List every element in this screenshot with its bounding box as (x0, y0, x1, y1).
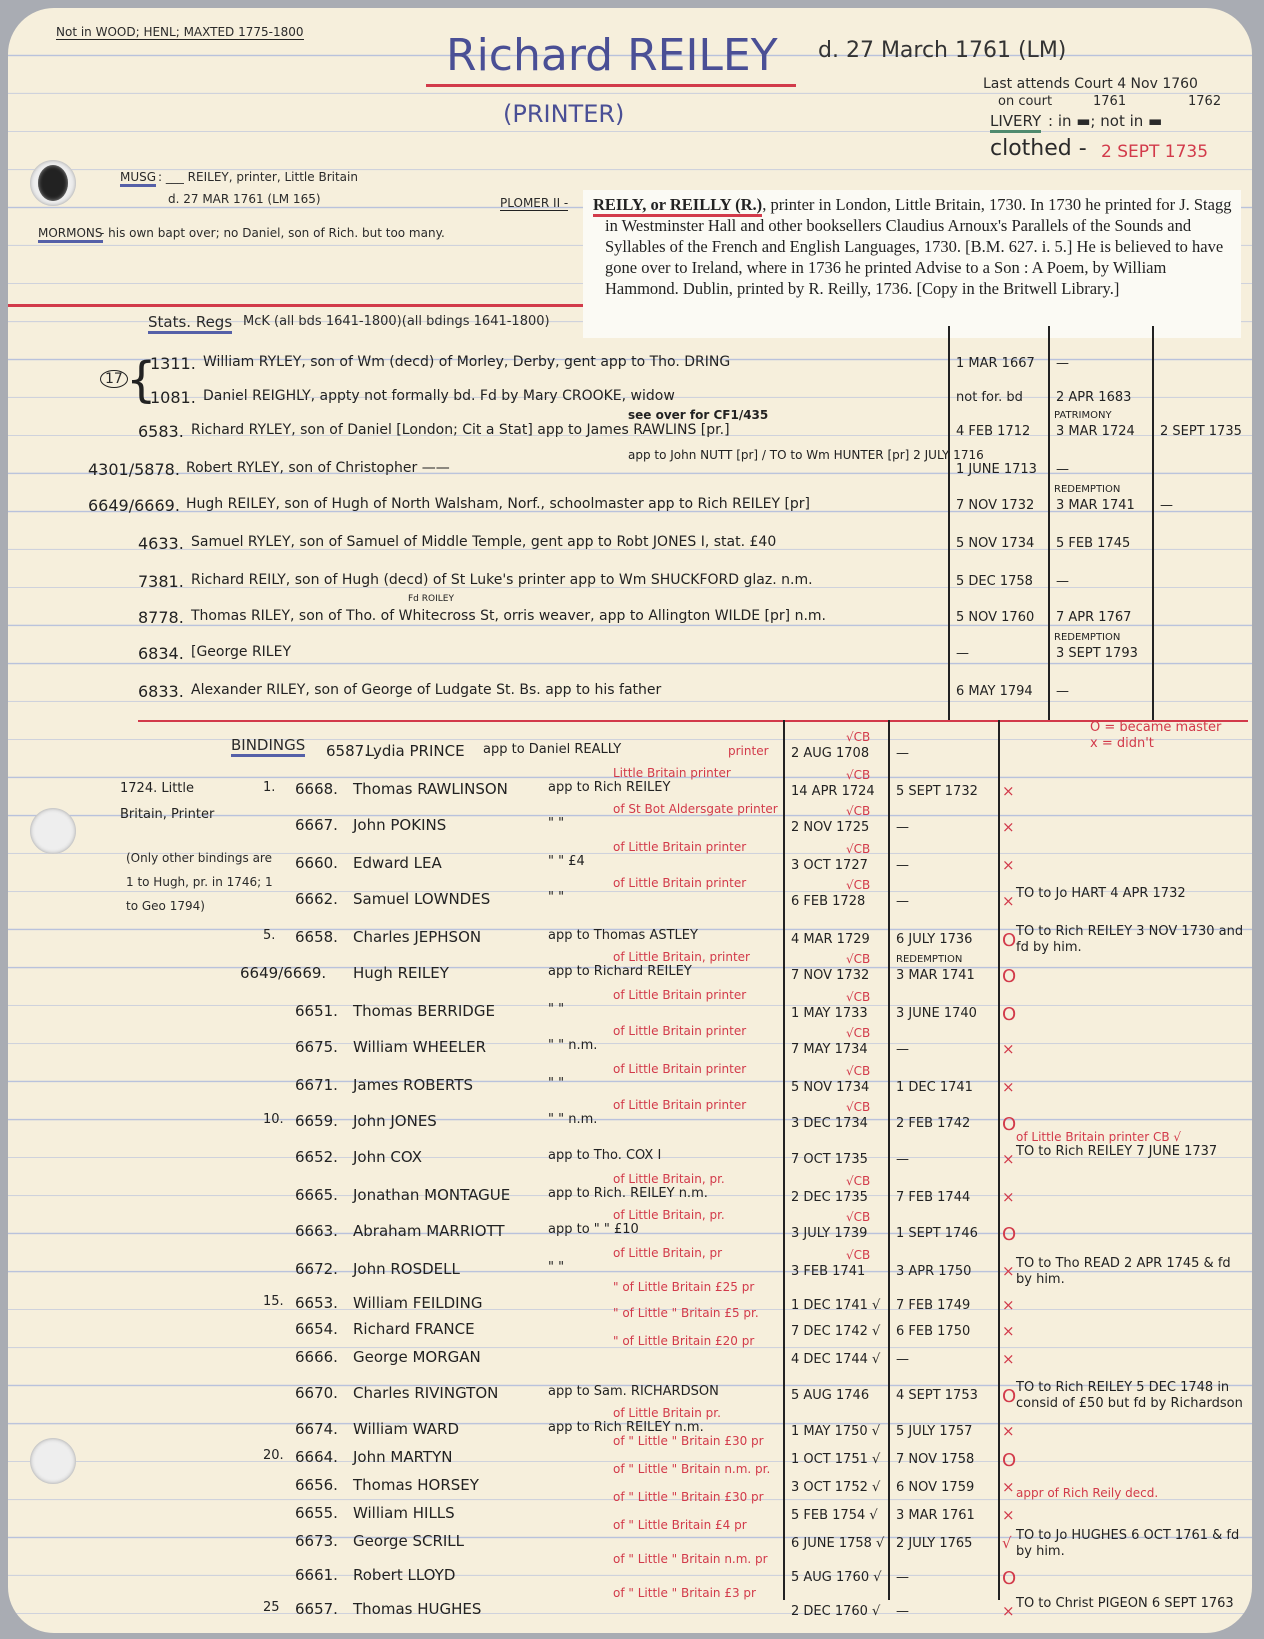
bound-date: 2 AUG 1708 (791, 746, 869, 761)
bound-date: 7 OCT 1735 (791, 1152, 868, 1167)
binding-number: 6661. (295, 1566, 338, 1584)
status-mark: O (1002, 966, 1016, 987)
bound-date: 6 FEB 1728 (791, 894, 865, 909)
bound-date: 1 MAR 1667 (956, 356, 1035, 371)
freed-date: — (1056, 356, 1069, 371)
apprentice-name: Thomas HUGHES (353, 1600, 481, 1618)
entry-note: app to John NUTT [pr] / TO to Wm HUNTER … (628, 448, 984, 462)
binding-count: 25 (263, 1600, 280, 1615)
binding-number: 6651. (295, 1002, 338, 1020)
red-annotation: of " Little " Britain n.m. pr. (613, 1462, 770, 1476)
freed-date: — (896, 820, 909, 835)
status-mark: O (1002, 1386, 1016, 1407)
red-annotation: of Little Britain, pr. (613, 1208, 725, 1222)
status-mark: O (1002, 1568, 1016, 1589)
on-court-year-1: 1761 (1093, 94, 1126, 109)
apprentice-name: John MARTYN (353, 1448, 452, 1466)
binding-number: 6668. (295, 780, 338, 798)
binding-number: 6667. (295, 816, 338, 834)
entry-text: Daniel REIGHLY, appty not formally bd. F… (203, 388, 675, 404)
bound-date: 1 MAY 1733 (791, 1006, 868, 1021)
binding-number: 6663. (295, 1222, 338, 1240)
entry-text: Thomas RILEY, son of Tho. of Whitecross … (191, 608, 826, 624)
binding-number: 6673. (295, 1532, 338, 1550)
status-mark: O (1002, 1450, 1016, 1471)
freed-date: 6 FEB 1750 (896, 1324, 970, 1339)
binding-number: 6665. (295, 1186, 338, 1204)
musg-death: d. 27 MAR 1761 (LM 165) (168, 192, 321, 206)
red-annotation: of " Little " Britain £3 pr (613, 1586, 756, 1600)
binding-number: 6653. (295, 1294, 338, 1312)
plomer-clipping: REILY, or REILLY (R.), printer in London… (583, 190, 1241, 338)
freed-date: 1 SEPT 1746 (896, 1226, 978, 1241)
master-text: app to " " £10 (548, 1222, 639, 1237)
freed-date: 2 JULY 1765 (896, 1536, 972, 1551)
apprentice-name: James ROBERTS (353, 1076, 473, 1094)
bound-date: 1 MAY 1750 √ (791, 1424, 880, 1439)
status-mark: × (1002, 1188, 1015, 1206)
red-annotation: " of Little Britain £20 pr (613, 1334, 754, 1348)
see-over-note: see over for CF1/435 (628, 408, 768, 422)
entry-above-note: Fd ROILEY (408, 594, 454, 604)
master-text: app to Rich REILEY n.m. (548, 1420, 704, 1435)
red-annotation: of " Little " Britain £30 pr (613, 1490, 764, 1504)
entry-text: Richard RYLEY, son of Daniel [London; Ci… (191, 422, 730, 438)
binding-number: 6670. (295, 1384, 338, 1402)
freed-note: REDEMPTION (1054, 484, 1120, 495)
transfer-note: TO to Tho READ 2 APR 1745 & fd by him. (1016, 1256, 1246, 1288)
master-text: " " £4 (548, 854, 585, 869)
binding-number: 6664. (295, 1448, 338, 1466)
transfer-note: TO to Jo HART 4 APR 1732 (1016, 886, 1246, 902)
cb-check: √CB (846, 1174, 870, 1188)
red-annotation: of Little Britain printer (613, 1062, 746, 1076)
apprentice-name: George MORGAN (353, 1348, 481, 1366)
section-divider-2 (138, 720, 1248, 722)
entry-number: 8778. (138, 608, 184, 627)
bound-date: 3 FEB 1741 (791, 1264, 865, 1279)
freed-date: — (1056, 462, 1069, 477)
freed-date: 2 APR 1683 (1056, 390, 1131, 405)
red-annotation: of Little Britain, pr (613, 1246, 722, 1260)
musg-label: MUSG (120, 170, 156, 187)
binding-row: 256657.Thomas HUGHESof " Little " Britai… (8, 1594, 1252, 1631)
master-text: " " n.m. (548, 1112, 597, 1127)
bound-date: 5 DEC 1758 (956, 574, 1033, 589)
freed-date: — (1056, 574, 1069, 589)
red-annotation: of St Bot Aldersgate printer (613, 802, 778, 816)
red-annotation: " of Little Britain £25 pr (613, 1280, 754, 1294)
status-mark: × (1002, 1506, 1015, 1524)
status-mark: × (1002, 1422, 1015, 1440)
red-annotation: of Little Britain, pr. (613, 1172, 725, 1186)
binding-number: 6666. (295, 1348, 338, 1366)
red-annotation: of Little Britain printer (613, 1024, 746, 1038)
status-mark: × (1002, 1150, 1015, 1168)
red-annotation: Little Britain printer (613, 766, 731, 780)
status-mark: O (1002, 930, 1016, 951)
binding-number: 6659. (295, 1112, 338, 1130)
status-mark: × (1002, 1078, 1015, 1096)
entry-text: Robert RYLEY, son of Christopher —— (186, 460, 450, 476)
bound-date: 6 MAY 1794 (956, 684, 1033, 699)
transfer-red-note: appr of Rich Reily decd. (1016, 1486, 1158, 1500)
entry-number: 4301/5878. (88, 460, 180, 479)
bound-date: 5 AUG 1760 √ (791, 1570, 882, 1585)
master-text: " " (548, 1002, 564, 1017)
entry-text: Alexander RILEY, son of George of Ludgat… (191, 682, 661, 698)
cb-check: √CB (846, 952, 870, 966)
death-date: d. 27 March 1761 (LM) (818, 38, 1066, 63)
on-court-year-2: 1762 (1188, 94, 1221, 109)
transfer-note: TO to Rich REILEY 7 JUNE 1737 (1016, 1144, 1246, 1160)
cb-check: √CB (846, 1210, 870, 1224)
bound-date: 1 OCT 1751 √ (791, 1452, 880, 1467)
apprentice-name: Samuel LOWNDES (353, 890, 490, 908)
binding-number: 6655. (295, 1504, 338, 1522)
apprentice-name: Hugh REILEY (353, 964, 449, 982)
red-annotation: of Little Britain printer (613, 840, 746, 854)
master-text: app to Rich REILEY (548, 780, 670, 795)
status-mark: O (1002, 1114, 1016, 1135)
musg-text: : ___ REILEY, printer, Little Britain (158, 170, 358, 184)
entry-text: [George RILEY (191, 644, 291, 660)
freed-date: — (896, 1604, 909, 1619)
master-text: app to Thomas ASTLEY (548, 928, 698, 943)
bound-date: 14 APR 1724 (791, 784, 875, 799)
freed-date: 6 JULY 1736 (896, 932, 972, 947)
plomer-label: PLOMER II - (500, 196, 568, 211)
cb-check: √CB (846, 730, 870, 744)
freed-date: 3 MAR 1724 (1056, 424, 1135, 439)
apprentice-name: William WHEELER (353, 1038, 486, 1056)
binding-number: 6657. (295, 1600, 338, 1618)
freed-date: 1 DEC 1741 (896, 1080, 973, 1095)
apprentice-name: Charles RIVINGTON (353, 1384, 498, 1402)
status-mark: × (1002, 856, 1015, 874)
freed-date: 2 FEB 1742 (896, 1116, 970, 1131)
freed-note: REDEMPTION (896, 954, 962, 965)
entry-number: 6833. (138, 682, 184, 701)
apprentice-name: Edward LEA (353, 854, 442, 872)
status-mark: × (1002, 892, 1015, 910)
freed-date: 3 JUNE 1740 (896, 1006, 977, 1021)
entry-text: Richard REILY, son of Hugh (decd) of St … (191, 572, 813, 588)
apprentice-name: Charles JEPHSON (353, 928, 481, 946)
livery-label: LIVERY (990, 112, 1041, 133)
apprentice-name: William HILLS (353, 1504, 455, 1522)
cb-check: √CB (846, 878, 870, 892)
freed-date: 4 SEPT 1753 (896, 1388, 978, 1403)
transfer-red-note: of Little Britain printer CB √ (1016, 1130, 1181, 1144)
freed-date: — (896, 894, 909, 909)
binding-number: 6654. (295, 1320, 338, 1338)
apprentice-name: Thomas RAWLINSON (353, 780, 508, 798)
bound-date: 6 JUNE 1758 √ (791, 1536, 884, 1551)
status-mark: × (1002, 1296, 1015, 1314)
stats-row: 4633.Samuel RYLEY, son of Samuel of Midd… (8, 530, 1252, 567)
freed-note: PATRIMONY (1054, 410, 1112, 421)
on-court-label: on court (998, 94, 1052, 109)
binding-number: 6675. (295, 1038, 338, 1056)
stats-row: 6834.[George RILEY—REDEMPTION3 SEPT 1793 (8, 640, 1252, 677)
apprentice-name: John ROSDELL (353, 1260, 460, 1278)
apprentice-name: Lydia PRINCE (366, 742, 465, 760)
binding-number: 6674. (295, 1420, 338, 1438)
master-text: " " n.m. (548, 1038, 597, 1053)
bound-date: 3 OCT 1727 (791, 858, 868, 873)
entry-number: 6583. (138, 422, 184, 441)
cb-check: √CB (846, 842, 870, 856)
status-mark: × (1002, 818, 1015, 836)
freed-date: — (896, 746, 909, 761)
freed-date: 3 APR 1750 (896, 1264, 971, 1279)
bound-date: 2 NOV 1725 (791, 820, 869, 835)
status-mark: × (1002, 1262, 1015, 1280)
bound-date: 7 DEC 1742 √ (791, 1324, 880, 1339)
stats-regs-text: McK (all bds 1641-1800)(all bdings 1641-… (243, 314, 550, 329)
freed-date: — (896, 1152, 909, 1167)
apprentice-name: John COX (353, 1148, 422, 1166)
apprentice-name: William FEILDING (353, 1294, 482, 1312)
apprentice-name: John POKINS (353, 816, 446, 834)
apprentice-name: John JONES (353, 1112, 437, 1130)
bound-date: 4 DEC 1744 √ (791, 1352, 880, 1367)
freed-date: 5 JULY 1757 (896, 1424, 972, 1439)
livery-text: : in ▬; not in ▬ (1048, 112, 1162, 130)
status-mark: × (1002, 1350, 1015, 1368)
transfer-note: TO to Rich REILEY 3 NOV 1730 and fd by h… (1016, 924, 1246, 956)
freed-date: — (1056, 684, 1069, 699)
red-annotation: of " Little Britain £4 pr (613, 1518, 747, 1532)
master-text: app to Tho. COX I (548, 1148, 661, 1163)
master-text: " " (548, 1260, 564, 1275)
stats-regs-label: Stats. Regs (148, 313, 232, 334)
apprentice-name: Richard FRANCE (353, 1320, 475, 1338)
binding-number: 6660. (295, 854, 338, 872)
bound-date: 4 MAR 1729 (791, 932, 870, 947)
entry-text: William RYLEY, son of Wm (decd) of Morle… (203, 354, 730, 370)
binding-number: 6662. (295, 890, 338, 908)
bound-date: 1 JUNE 1713 (956, 462, 1037, 477)
apprentice-name: Thomas BERRIDGE (353, 1002, 495, 1020)
status-mark: × (1002, 1478, 1015, 1496)
freed-date: 5 SEPT 1732 (896, 784, 978, 799)
apprentice-name: William WARD (353, 1420, 459, 1438)
master-text: app to Daniel REALLY (483, 742, 621, 757)
freed-date: 7 FEB 1749 (896, 1298, 970, 1313)
binding-count: 1. (263, 780, 275, 795)
entry-number: 7381. (138, 572, 184, 591)
cb-check: √CB (846, 990, 870, 1004)
red-annotation: of Little Britain pr. (613, 1406, 721, 1420)
bound-date: 7 NOV 1732 (956, 498, 1034, 513)
binding-count: 10. (263, 1112, 284, 1127)
status-mark: × (1002, 782, 1015, 800)
cb-check: √CB (846, 1026, 870, 1040)
title-underline (426, 84, 796, 87)
stats-row: 7381.Richard REILY, son of Hugh (decd) o… (8, 568, 1252, 605)
bound-date: 2 DEC 1735 (791, 1190, 868, 1205)
apprentice-name: George SCRILL (353, 1532, 464, 1550)
binding-row: 6666.George MORGAN" of Little Britain £2… (8, 1342, 1252, 1379)
clothed-label: clothed - (990, 136, 1087, 161)
trade-label: (PRINTER) (503, 100, 624, 128)
legend-circle: O = became master (1090, 720, 1221, 735)
binding-number: 6649/6669. (240, 964, 326, 982)
freed-note: REDEMPTION (1054, 632, 1120, 643)
mormons-text: - his own bapt over; no Daniel, son of R… (100, 226, 445, 240)
binding-row: 6662.Samuel LOWNDES" "of Little Britain … (8, 884, 1252, 921)
binding-number: 6671. (295, 1076, 338, 1094)
plomer-heading: REILY, or REILLY (R.) (593, 195, 762, 217)
entry-number: 6649/6669. (88, 496, 180, 515)
master-text: app to Rich. REILEY n.m. (548, 1186, 708, 1201)
stats-row: 6833.Alexander RILEY, son of George of L… (8, 678, 1252, 715)
binding-count: 5. (263, 928, 275, 943)
bound-date: 3 OCT 1752 √ (791, 1480, 880, 1495)
transfer-note: TO to Rich REILEY 5 DEC 1748 in consid o… (1016, 1380, 1246, 1412)
binding-number: 6652. (295, 1148, 338, 1166)
apprentice-name: Jonathan MONTAGUE (353, 1186, 510, 1204)
freed-date: — (896, 858, 909, 873)
master-text: " " (548, 890, 564, 905)
red-annotation: of Little Britain printer (613, 876, 746, 890)
cb-check: √CB (846, 768, 870, 782)
bound-date: 5 NOV 1734 (791, 1080, 869, 1095)
freed-date: 6 NOV 1759 (896, 1480, 974, 1495)
entry-number: 1311. (150, 354, 196, 373)
clothed-date: 2 SEPT 1735 (1101, 142, 1208, 162)
bound-date: 7 NOV 1732 (791, 968, 869, 983)
cb-check: √CB (846, 1100, 870, 1114)
master-text: " " (548, 816, 564, 831)
extra-date: 2 SEPT 1735 (1160, 424, 1242, 439)
punch-hole-dark (38, 165, 68, 201)
apprentice-name: Abraham MARRIOTT (353, 1222, 505, 1240)
freed-date: 7 FEB 1744 (896, 1190, 970, 1205)
apprentice-name: Robert LLOYD (353, 1566, 455, 1584)
binding-count: 20. (263, 1448, 284, 1463)
red-annotation: of Little Britain, printer (613, 950, 750, 964)
bound-date: 5 FEB 1754 √ (791, 1508, 878, 1523)
status-mark: × (1002, 1040, 1015, 1058)
status-mark: × (1002, 1322, 1015, 1340)
entry-number: 4633. (138, 534, 184, 553)
freed-date: 3 MAR 1741 (1056, 498, 1135, 513)
last-attends: Last attends Court 4 Nov 1760 (983, 76, 1198, 92)
red-annotation: of " Little " Britain n.m. pr (613, 1552, 768, 1566)
bound-date: 3 DEC 1734 (791, 1116, 868, 1131)
bound-date: 5 AUG 1746 (791, 1388, 869, 1403)
freed-date: 3 SEPT 1793 (1056, 646, 1138, 661)
bound-date: 3 JULY 1739 (791, 1226, 867, 1241)
binding-number: 6672. (295, 1260, 338, 1278)
bound-date: 1 DEC 1741 √ (791, 1298, 880, 1313)
entry-text: Samuel RYLEY, son of Samuel of Middle Te… (191, 534, 776, 550)
top-note: Not in WOOD; HENL; MAXTED 1775-1800 (56, 25, 304, 40)
entry-text: Hugh REILEY, son of Hugh of North Walsha… (186, 496, 810, 512)
freed-date: 3 MAR 1741 (896, 968, 975, 983)
freed-date: — (896, 1570, 909, 1585)
status-mark: × (1002, 1602, 1015, 1620)
cb-check: √CB (846, 1064, 870, 1078)
freed-date: 5 FEB 1745 (1056, 536, 1130, 551)
freed-date: — (896, 1042, 909, 1057)
red-annotation: of " Little " Britain £30 pr (613, 1434, 764, 1448)
transfer-note: TO to Christ PIGEON 6 SEPT 1763 (1016, 1596, 1246, 1612)
red-annotation: " of Little " Britain £5 pr. (613, 1306, 759, 1320)
entry-number: 1081. (150, 388, 196, 407)
freed-date: 3 MAR 1761 (896, 1508, 975, 1523)
section-divider (8, 304, 583, 307)
bound-date: not for. bd (956, 390, 1023, 405)
freed-date: — (896, 1352, 909, 1367)
binding-number: 6587. (326, 742, 369, 760)
master-text: " " (548, 1076, 564, 1091)
extra-date: — (1160, 498, 1173, 513)
status-mark: O (1002, 1004, 1016, 1025)
bound-date: 4 FEB 1712 (956, 424, 1030, 439)
bound-date: 5 NOV 1760 (956, 610, 1034, 625)
entry-number: 6834. (138, 644, 184, 663)
freed-date: 7 NOV 1758 (896, 1452, 974, 1467)
transfer-note: TO to Jo HUGHES 6 OCT 1761 & fd by him. (1016, 1528, 1246, 1560)
bound-date: — (956, 646, 969, 661)
stats-row: 6649/6669.Hugh REILEY, son of Hugh of No… (8, 492, 1252, 529)
binding-number: 6658. (295, 928, 338, 946)
cb-check: √CB (846, 804, 870, 818)
freed-date: 7 APR 1767 (1056, 610, 1131, 625)
index-card: Not in WOOD; HENL; MAXTED 1775-1800 Rich… (8, 8, 1252, 1633)
binding-count: 15. (263, 1294, 284, 1309)
apprentice-name: Thomas HORSEY (353, 1476, 479, 1494)
red-annotation: of Little Britain printer (613, 1098, 746, 1112)
bound-date: 5 NOV 1734 (956, 536, 1034, 551)
cb-check: √CB (846, 1248, 870, 1262)
master-text: app to Sam. RICHARDSON (548, 1384, 719, 1399)
status-mark: O (1002, 1224, 1016, 1245)
status-mark: √ (1002, 1534, 1012, 1552)
binding-number: 6656. (295, 1476, 338, 1494)
stats-row: 1311.William RYLEY, son of Wm (decd) of … (8, 350, 1252, 387)
red-annotation: of Little Britain printer (613, 988, 746, 1002)
bound-date: 2 DEC 1760 √ (791, 1604, 880, 1619)
red-annotation: printer (728, 744, 769, 758)
bound-date: 7 MAY 1734 (791, 1042, 868, 1057)
page-title: Richard REILEY (446, 30, 778, 81)
master-text: app to Richard REILEY (548, 964, 692, 979)
mormons-label: MORMONS (38, 226, 103, 243)
